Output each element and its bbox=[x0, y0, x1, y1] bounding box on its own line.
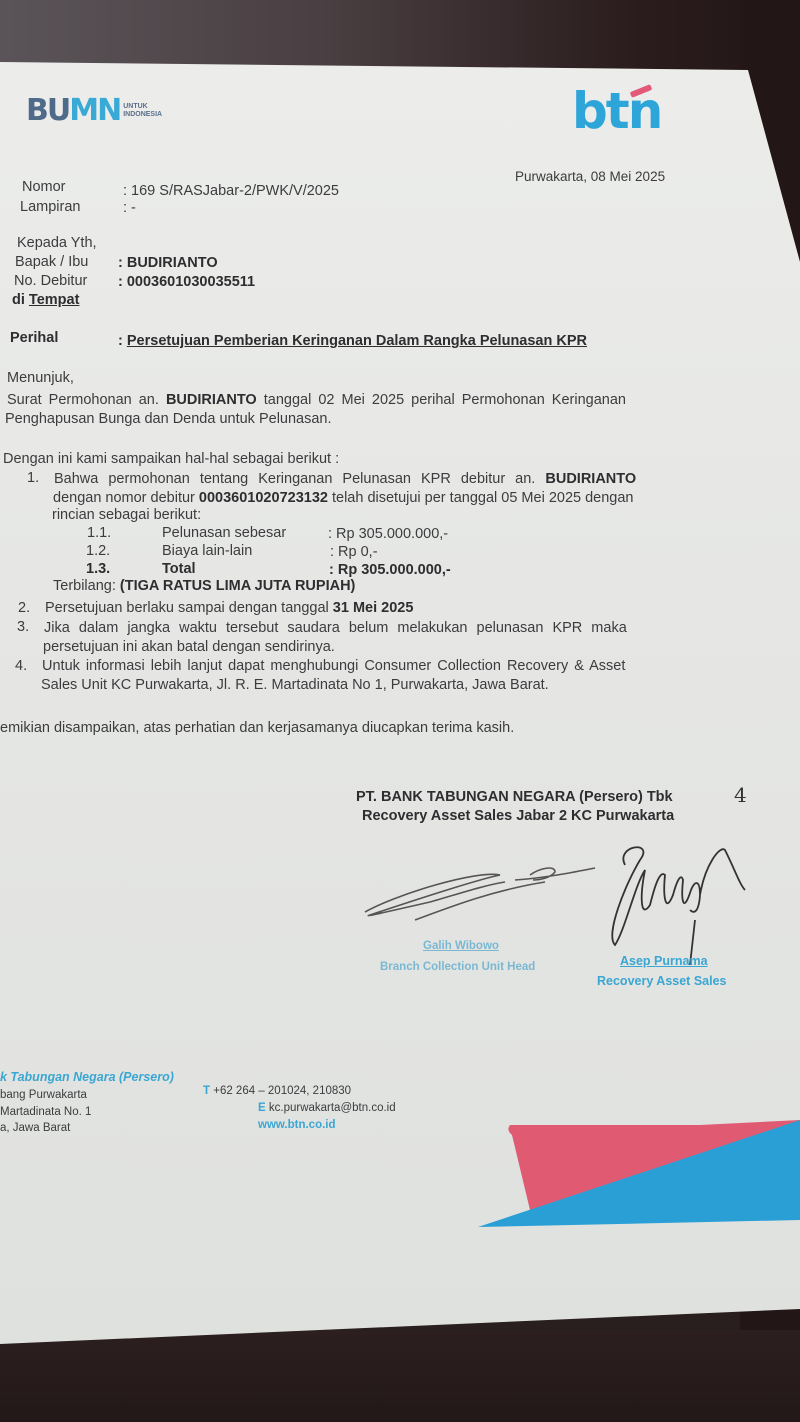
btn-logo: btn bbox=[572, 86, 661, 136]
location-prefix: di bbox=[12, 292, 25, 308]
handwritten-mark: 4 bbox=[734, 783, 747, 807]
lampiran-label: Lampiran bbox=[20, 199, 80, 215]
para1-line2: Penghapusan Bunga dan Denda untuk Peluna… bbox=[5, 411, 332, 427]
detail-1-value: : Rp 305.000.000,- bbox=[328, 526, 448, 542]
item1-line3: rincian sebagai berikut: bbox=[52, 507, 201, 523]
item1-line1: Bahwa permohonan tentang Keringanan Pelu… bbox=[54, 471, 636, 487]
recipient-debtor-label: No. Debitur bbox=[14, 273, 87, 289]
nomor-label: Nomor bbox=[22, 179, 66, 195]
item2-text: Persetujuan berlaku sampai dengan tangga… bbox=[45, 600, 413, 616]
item2-deadline: 31 Mei 2025 bbox=[333, 600, 414, 616]
item1-number: 1. bbox=[27, 470, 39, 486]
item4-line1: Untuk informasi lebih lanjut dapat mengh… bbox=[42, 658, 625, 674]
spelled-label: Terbilang: bbox=[53, 578, 116, 594]
item1-text-a: Bahwa permohonan tentang Keringanan Pelu… bbox=[54, 471, 535, 487]
signer-1-title: Branch Collection Unit Head bbox=[380, 961, 535, 973]
para1-text-b: tanggal 02 Mei 2025 perihal Permohonan K… bbox=[264, 392, 626, 408]
closing: emikian disampaikan, atas perhatian dan … bbox=[0, 720, 514, 736]
lampiran-value: : - bbox=[123, 200, 136, 216]
bumn-logo-mn: MN bbox=[69, 96, 120, 126]
email-address: kc.purwakarta@btn.co.id bbox=[269, 1102, 396, 1114]
detail-2-label: Biaya lain-lain bbox=[162, 543, 252, 559]
recipient-name-label: Bapak / Ibu bbox=[15, 254, 88, 270]
item3-line2: persetujuan ini akan batal dengan sendir… bbox=[43, 639, 335, 655]
bumn-logo: BUMN UNTUK INDONESIA bbox=[26, 96, 162, 126]
detail-1-label: Pelunasan sebesar bbox=[162, 525, 286, 541]
item2-number: 2. bbox=[18, 600, 30, 616]
email-icon: E bbox=[258, 1102, 266, 1114]
subject-colon: : bbox=[118, 333, 123, 349]
item1-text-c: telah disetujui per tanggal 05 Mei 2025 … bbox=[332, 490, 634, 506]
item4-number: 4. bbox=[15, 658, 27, 674]
bumn-tagline-2: INDONESIA bbox=[123, 111, 162, 118]
item4-line2: Sales Unit KC Purwakarta, Jl. R. E. Mart… bbox=[41, 677, 549, 693]
phone-number: +62 264 – 201024, 210830 bbox=[213, 1085, 351, 1097]
bumn-logo-bu: BU bbox=[26, 96, 69, 126]
phone-icon: T bbox=[203, 1085, 210, 1097]
signature-galih-icon bbox=[355, 840, 605, 930]
item1-name: BUDIRIANTO bbox=[545, 471, 636, 487]
place-date: Purwakarta, 08 Mei 2025 bbox=[515, 169, 665, 184]
item1-text-b: dengan nomor debitur bbox=[53, 490, 195, 506]
location-text: Tempat bbox=[29, 292, 80, 308]
bumn-tagline-1: UNTUK bbox=[123, 103, 148, 110]
detail-3-label: Total bbox=[162, 561, 196, 577]
para1-text-a: Surat Permohonan an. bbox=[7, 392, 159, 408]
detail-2-value: : Rp 0,- bbox=[330, 544, 378, 560]
para1-name: BUDIRIANTO bbox=[166, 392, 257, 408]
item3-number: 3. bbox=[17, 619, 29, 635]
item1-debtor-number: 0003601020723132 bbox=[199, 490, 328, 506]
recipient-name-value: : BUDIRIANTO bbox=[118, 255, 218, 271]
recipient-location: di Tempat bbox=[12, 292, 79, 308]
subject-text: Persetujuan Pemberian Keringanan Dalam R… bbox=[127, 333, 587, 349]
item2-text-a: Persetujuan berlaku sampai dengan tangga… bbox=[45, 600, 329, 616]
nomor-value: : 169 S/RASJabar-2/PWK/V/2025 bbox=[123, 183, 339, 199]
signer-1-name: Galih Wibowo bbox=[423, 940, 499, 952]
footer-email: E kc.purwakarta@btn.co.id bbox=[258, 1102, 396, 1114]
recipient-greeting: Kepada Yth, bbox=[17, 235, 97, 251]
footer-address-2: Martadinata No. 1 bbox=[0, 1106, 91, 1118]
signer-2-title: Recovery Asset Sales bbox=[597, 974, 726, 988]
opening: Menunjuk, bbox=[7, 370, 74, 386]
item1-line2: dengan nomor debitur 0003601020723132 te… bbox=[53, 490, 634, 506]
signature-company: PT. BANK TABUNGAN NEGARA (Persero) Tbk bbox=[356, 789, 673, 805]
footer-address-1: bang Purwakarta bbox=[0, 1089, 87, 1101]
footer-company: k Tabungan Negara (Persero) bbox=[0, 1070, 174, 1084]
signature-unit: Recovery Asset Sales Jabar 2 KC Purwakar… bbox=[362, 808, 674, 824]
recipient-debtor-value: : 0003601030035511 bbox=[118, 274, 255, 290]
desk-background-bottom bbox=[0, 1330, 800, 1422]
body-intro: Dengan ini kami sampaikan hal-hal sebaga… bbox=[3, 451, 339, 467]
para1-line1: Surat Permohonan an. BUDIRIANTO tanggal … bbox=[7, 392, 626, 408]
spelled-amount: Terbilang: (TIGA RATUS LIMA JUTA RUPIAH) bbox=[53, 578, 355, 594]
footer-decoration bbox=[0, 1120, 800, 1240]
detail-2-number: 1.2. bbox=[86, 543, 110, 559]
subject-label: Perihal bbox=[10, 330, 58, 346]
spelled-value: (TIGA RATUS LIMA JUTA RUPIAH) bbox=[120, 578, 355, 594]
subject-line: : Persetujuan Pemberian Keringanan Dalam… bbox=[118, 333, 587, 349]
signer-2-name: Asep Purnama bbox=[620, 954, 708, 968]
detail-3-number: 1.3. bbox=[86, 561, 110, 577]
detail-3-value: : Rp 305.000.000,- bbox=[329, 562, 451, 578]
bumn-logo-tagline: UNTUK INDONESIA bbox=[123, 103, 162, 119]
detail-1-number: 1.1. bbox=[87, 525, 111, 541]
signature-asep-icon bbox=[595, 835, 775, 965]
item3-line1: Jika dalam jangka waktu tersebut saudara… bbox=[44, 620, 627, 636]
footer-phone: T +62 264 – 201024, 210830 bbox=[203, 1085, 351, 1097]
